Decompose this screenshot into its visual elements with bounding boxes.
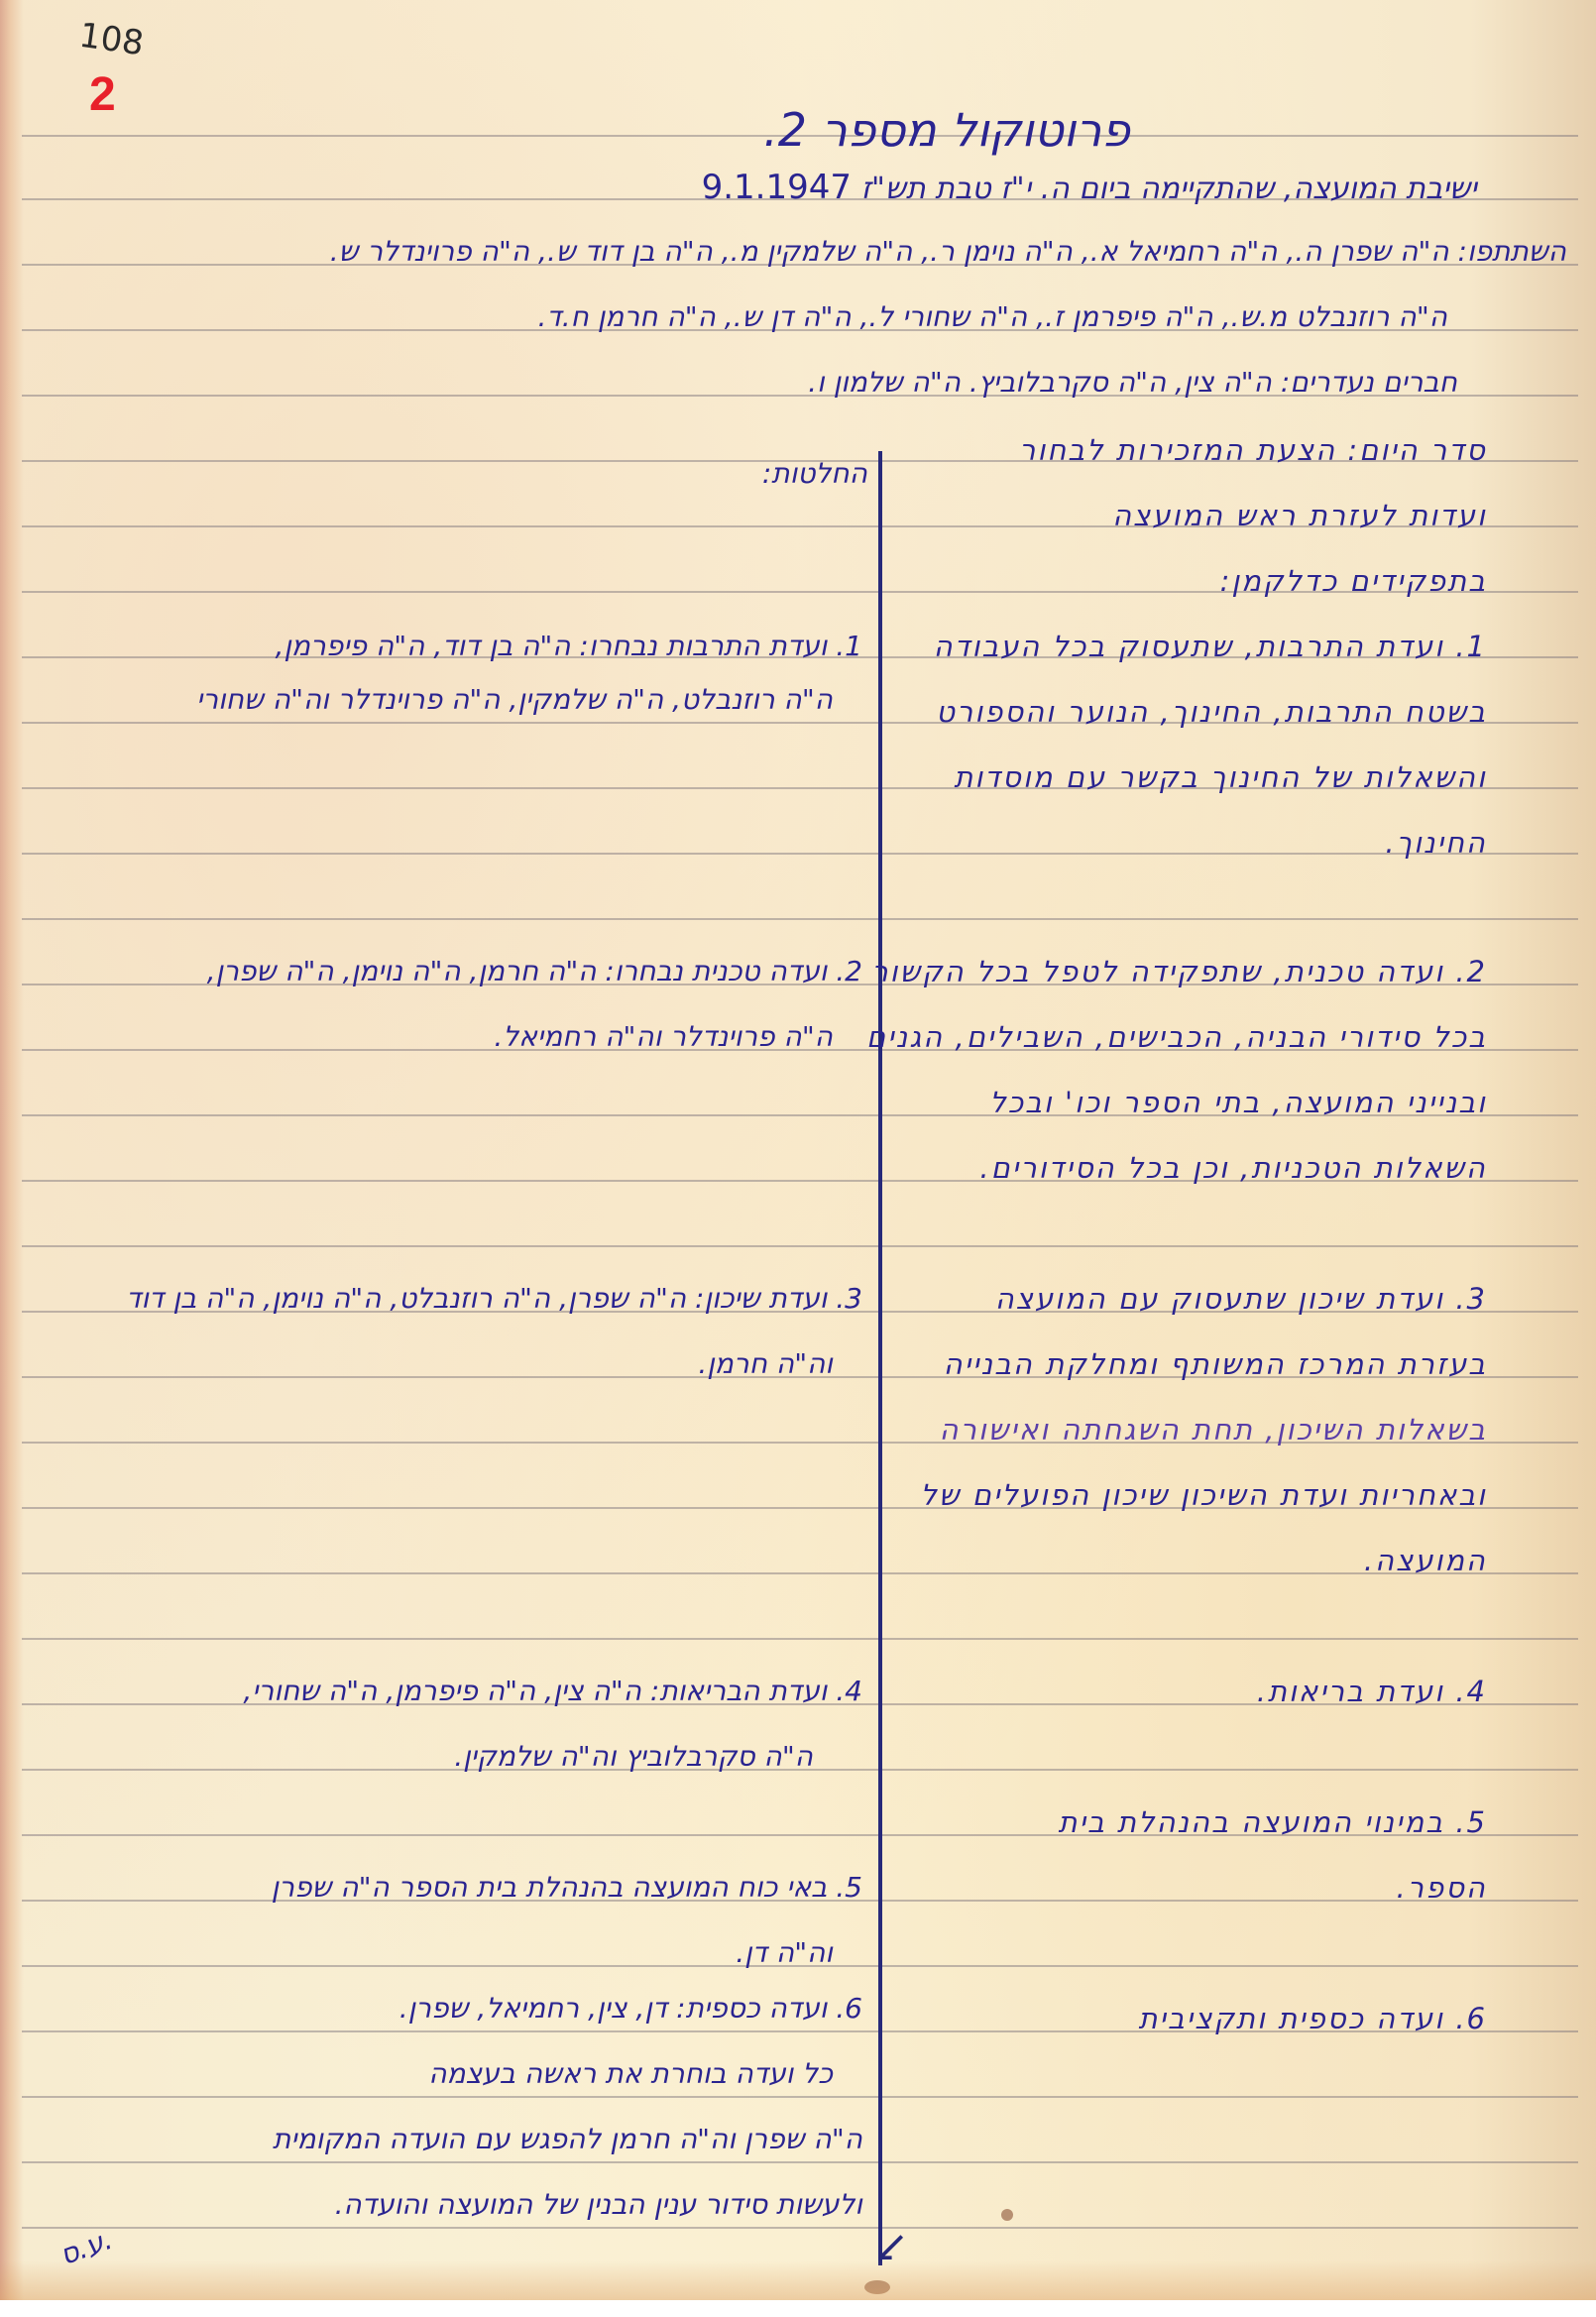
ink-stain: [864, 2280, 890, 2294]
decision-item-number: 2.: [836, 955, 862, 987]
decision-item-text: ועדת התרבות נבחרו: ה"ה בן דוד, ה"ה פיפרמ…: [276, 630, 828, 662]
agenda-item-line: והשאלות של החינוך בקשר עם מוסדות: [954, 763, 1487, 792]
agenda-item-line: בשאלות השיכון, תחת השגחתה ואישורה: [940, 1416, 1487, 1445]
agenda-item-number: 3.: [1455, 1282, 1487, 1316]
decision-item-line: וה"ה דן.: [736, 1939, 833, 1967]
closing-line: ה"ה שפרן וה"ה חרמן להפגש עם הועדה המקומי…: [273, 2126, 862, 2153]
absent-members-line: חברים נעדרים: ה"ה צין, ה"ה סקרבלוביץ. ה"…: [808, 369, 1457, 397]
agenda-item-line: בעזרת המרכז המשותף ומחלקת הבנייה: [944, 1350, 1487, 1379]
ruled-line: [22, 1638, 1578, 1640]
decision-item-number: 1.: [836, 630, 862, 662]
agenda-item-line: 3. ועדת שיכון שתעסוק עם המועצה: [995, 1285, 1487, 1314]
agenda-item-line: 2. ועדה טכנית, שתפקידה לטפל בכל הקשור: [871, 958, 1487, 986]
decision-item-text: ועדת שיכון: ה"ה שפרן, ה"ה רוזנבלט, ה"ה נ…: [126, 1282, 827, 1315]
decision-item-line: 3. ועדת שיכון: ה"ה שפרן, ה"ה רוזנבלט, ה"…: [126, 1285, 862, 1313]
decision-item-line: ה"ה רוזנבלט, ה"ה שלמקין, ה"ה פרוינדלר וה…: [196, 686, 833, 714]
agenda-item-number: 1.: [1455, 630, 1487, 663]
decision-item-number: 3.: [836, 1282, 862, 1315]
agenda-item-text: ועדת התרבות, שתעסוק בכל העבודה: [934, 630, 1444, 663]
agenda-item-line: 5. במינוי המועצה בהנהלת בית: [1059, 1808, 1487, 1837]
decision-item-line: ה"ה סקרבלוביץ וה"ה שלמקין.: [454, 1743, 813, 1771]
page-marker-label: 2: [89, 67, 116, 122]
ink-stain: [1001, 2209, 1013, 2221]
decision-item-line: וה"ה חרמן.: [698, 1350, 833, 1378]
decision-item-line: 4. ועדת הבריאות: ה"ה צין, ה"ה פיפרמן, ה"…: [243, 1678, 862, 1705]
agenda-item-number: 4.: [1455, 1675, 1487, 1708]
ruled-line: [22, 853, 1578, 855]
agenda-item-line: 6. ועדה כספית ותקציבית: [1138, 2005, 1487, 2033]
agenda-item-number: 2.: [1455, 955, 1487, 988]
page-title: פרוטוקול מספר 2.: [763, 107, 1130, 153]
decisions-heading: החלטות:: [762, 460, 867, 488]
ruled-line: [22, 1245, 1578, 1247]
column-divider: [878, 451, 882, 2265]
meeting-date-line: ישיבת המועצה, שהתקיימה ביום ה. י"ז טבת ת…: [684, 171, 1477, 204]
closing-line: כל ועדה בוחרת את ראשה בעצמה: [428, 2060, 833, 2088]
ruled-line: [22, 2161, 1578, 2163]
agenda-item-text: ועדה כספית ותקציבית: [1138, 2002, 1444, 2035]
agenda-item-number: 5.: [1455, 1805, 1487, 1839]
decision-item-number: 5.: [836, 1871, 862, 1904]
decision-item-text: ועדה כספית: דן, צין, רחמיאל, שפרן.: [399, 1992, 828, 2025]
decision-item-text: ועדה טכנית נבחרו: ה"ה חרמן, ה"ה נוימן, ה…: [207, 955, 828, 987]
decision-item-line: 2. ועדה טכנית נבחרו: ה"ה חרמן, ה"ה נוימן…: [207, 958, 862, 985]
agenda-item-text: ועדת בריאות.: [1257, 1675, 1444, 1708]
agenda-item-number: 6.: [1455, 2002, 1487, 2035]
agenda-item-line: המועצה.: [1364, 1547, 1487, 1575]
signature: ע.ס.: [56, 2223, 117, 2271]
agenda-item-text: ועדה טכנית, שתפקידה לטפל בכל הקשור: [871, 955, 1444, 988]
decision-item-line: 1. ועדת התרבות נבחרו: ה"ה בן דוד, ה"ה פי…: [276, 633, 863, 660]
agenda-intro-line: בתפקידים כדלקמן:: [1220, 567, 1487, 596]
page-number: 108: [77, 16, 147, 64]
agenda-item-line: הספר.: [1397, 1874, 1487, 1903]
decision-item-line: ה"ה פרוינדלר וה"ה רחמיאל.: [494, 1023, 833, 1051]
decision-item-line: 6. ועדה כספית: דן, צין, רחמיאל, שפרן.: [399, 1995, 862, 2023]
ruled-line: [22, 918, 1578, 920]
agenda-item-line: 1. ועדת התרבות, שתעסוק בכל העבודה: [934, 633, 1487, 661]
notebook-page: 108 2 פרוטוקול מספר 2. ישיבת המועצה, שהת…: [0, 0, 1596, 2300]
decision-item-text: ועדת הבריאות: ה"ה צין, ה"ה פיפרמן, ה"ה ש…: [243, 1675, 827, 1707]
meeting-description: ישיבת המועצה, שהתקיימה ביום ה. י"ז טבת ת…: [861, 172, 1477, 206]
ruled-line: [22, 2227, 1578, 2229]
agenda-intro-line: סדר היום: הצעת המזכירות לבחור: [1019, 436, 1487, 465]
continuation-arrow-icon: ↙: [872, 2221, 909, 2271]
agenda-item-line: 4. ועדת בריאות.: [1257, 1678, 1487, 1706]
agenda-item-line: ובאחריות ועדת השיכון שיכון הפועלים של: [921, 1481, 1488, 1510]
agenda-item-line: החינוך.: [1385, 829, 1487, 858]
agenda-intro-line: ועדות לעזרת ראש המועצה: [1112, 502, 1487, 530]
ruled-line: [22, 2096, 1578, 2098]
agenda-item-line: ובנייני המועצה, בתי הספר וכו' ובכל: [989, 1089, 1487, 1117]
agenda-item-line: בכל סידורי הבניה, הכבישים, השבילים, הגני…: [866, 1023, 1487, 1052]
ruled-line: [22, 1572, 1578, 1574]
decision-item-line: 5. באי כוח המועצה בהנהלת בית הספר ה"ה שפ…: [272, 1874, 862, 1902]
attendees-line-2: ה"ה רוזנבלט מ.ש., ה"ה פיפרמן ז., ה"ה שחו…: [538, 303, 1447, 331]
agenda-item-text: במינוי המועצה בהנהלת בית: [1059, 1805, 1445, 1839]
decision-item-number: 6.: [836, 1992, 862, 2025]
agenda-item-line: השאלות הטכניות, וכן בכל הסידורים.: [979, 1154, 1487, 1183]
attendees-line-1: השתתפו: ה"ה שפרן ה., ה"ה רחמיאל א., ה"ה …: [330, 238, 1566, 266]
decision-item-number: 4.: [836, 1675, 862, 1707]
decision-item-text: באי כוח המועצה בהנהלת בית הספר ה"ה שפרן: [272, 1871, 828, 1904]
agenda-item-line: בשטח התרבות, החינוך, הנוער והספורט: [936, 698, 1487, 727]
agenda-item-text: ועדת שיכון שתעסוק עם המועצה: [995, 1282, 1444, 1316]
closing-line: ולעשות סידור ענין הבנין של המועצה והועדה…: [335, 2191, 862, 2219]
meeting-date: 9.1.1947: [702, 168, 852, 207]
